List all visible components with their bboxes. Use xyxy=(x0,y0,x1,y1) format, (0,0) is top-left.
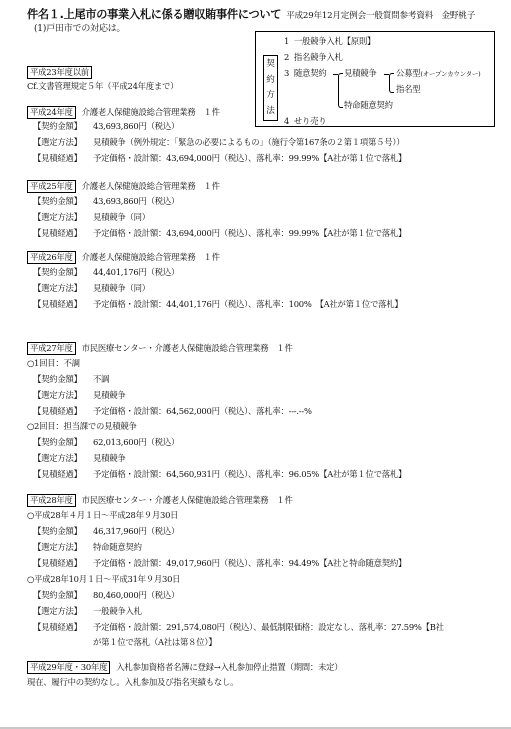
section-h29-heading: 平成29年度・30年度入札参加資格者名簿に登録→入札参加停止措置（期間：未定） xyxy=(27,661,342,674)
field-label: 【見積経過】 xyxy=(33,406,93,417)
h27-r1-amount-row: 【契約金額】不調 xyxy=(33,374,109,385)
method-text: 随意契約 xyxy=(294,68,327,78)
brace-icon xyxy=(389,73,394,93)
h27-r2-method-row: 【選定方法】見積競争 xyxy=(33,453,126,464)
sub-mitsumori: 見積競争 xyxy=(344,68,377,79)
field-value: 見積競争（同） xyxy=(93,283,150,293)
vertical-char: 契 xyxy=(264,57,277,73)
sub-tokumei: 特命随意契約 xyxy=(344,100,393,111)
field-value: 予定価格・設計額：64,562,000円（税込）、落札率：---.--% xyxy=(93,406,312,416)
field-value: 43,693,860円（税込） xyxy=(93,196,179,206)
field-label: 【選定方法】 xyxy=(33,212,93,223)
section-h28-heading: 平成28年度市民医療センター・介護老人保健施設総合管理業務 １件 xyxy=(27,494,293,507)
field-label: 【契約金額】 xyxy=(33,121,93,132)
field-value: 予定価格・設計額：44,401,176円（税込）、落札率：100% 【A社が第１… xyxy=(93,299,403,309)
field-label: 【選定方法】 xyxy=(33,542,93,553)
field-value: 44,401,176円（税込） xyxy=(93,267,179,277)
method-item-3: 3 随意契約 xyxy=(284,68,326,79)
sub-shimei: 指名型 xyxy=(396,84,420,95)
vertical-char: 方 xyxy=(264,88,277,104)
year-label: 平成29年度・30年度 xyxy=(27,661,110,674)
contract-method-diagram: 契 約 方 法 1 一般競争入札【原則】 2 指名競争入札 3 随意契約 見積競… xyxy=(255,31,495,127)
method-text: せり売り xyxy=(294,116,327,126)
field-value: 予定価格・設計額：49,017,960円（税込）、落札率：94.49%【A社と特… xyxy=(93,558,406,568)
field-label: 【契約金額】 xyxy=(33,196,93,207)
h26-amount-row: 【契約金額】44,401,176円（税込） xyxy=(33,267,179,278)
kobo-note: (オープンカウンター) xyxy=(420,70,480,78)
method-num: 1 xyxy=(284,36,289,46)
field-label: 【契約金額】 xyxy=(33,437,93,448)
h24-method-row: 【選定方法】見積競争（例外規定：「緊急の必要によるもの」（施行令第167条の２第… xyxy=(33,137,404,148)
field-label: 【見積経過】 xyxy=(33,622,93,633)
section-title: 市民医療センター・介護老人保健施設総合管理業務 １件 xyxy=(82,343,293,353)
field-value: 見積競争 xyxy=(93,453,126,463)
field-label: 【契約金額】 xyxy=(33,590,93,601)
method-num: 3 xyxy=(284,68,289,78)
year-label: 平成25年度 xyxy=(27,180,76,193)
method-num: 4 xyxy=(284,116,289,126)
h27-round2-heading: ○2回目：担当課での見積競争 xyxy=(27,421,137,432)
method-item-4: 4 せり売り xyxy=(284,116,326,127)
field-value: 予定価格・設計額：43,694,000円（税込）、落札率：99.99%【A社が第… xyxy=(93,153,406,163)
year-label: 平成26年度 xyxy=(27,251,76,264)
h28-period2-heading: ○平成28年10月１日～平成31年９月30日 xyxy=(27,574,180,585)
field-label: 【選定方法】 xyxy=(33,453,93,464)
sub-kobo: 公募型(オープンカウンター) xyxy=(396,68,480,80)
h25-method-row: 【選定方法】見積競争（同） xyxy=(33,212,150,223)
h25-process-row: 【見積経過】予定価格・設計額：43,694,000円（税込）、落札率：99.99… xyxy=(33,228,406,239)
field-label: 【見積経過】 xyxy=(33,469,93,480)
method-text: 指名競争入札 xyxy=(294,52,343,62)
title-text: 件名１.上尾市の事業入札に係る贈収賄事件について xyxy=(27,8,281,21)
field-value: 予定価格・設計額：64,560,931円（税込）、落札率：96.05%【A社が第… xyxy=(93,469,406,479)
kobo-label: 公募型 xyxy=(396,68,420,78)
field-value: 予定価格・設計額：43,694,000円（税込）、落札率：99.99%【A社が第… xyxy=(93,228,406,238)
field-value: 不調 xyxy=(93,374,109,384)
field-label: 【契約金額】 xyxy=(33,374,93,385)
year-label: 平成24年度 xyxy=(27,106,76,119)
field-value: 46,317,960円（税込） xyxy=(93,526,179,536)
section-title: 介護老人保健施設総合管理業務 １件 xyxy=(82,252,220,262)
field-label: 【選定方法】 xyxy=(33,390,93,401)
document-title: 件名１.上尾市の事業入札に係る贈収賄事件について平成29年12月定例会一般質問参… xyxy=(27,6,475,22)
h28-p1-amount-row: 【契約金額】46,317,960円（税込） xyxy=(33,526,179,537)
h26-method-row: 【選定方法】見積競争（同） xyxy=(33,283,150,294)
h27-r2-process-row: 【見積経過】予定価格・設計額：64,560,931円（税込）、落札率：96.05… xyxy=(33,469,406,480)
section-h24-heading: 平成24年度介護老人保健施設総合管理業務 １件 xyxy=(27,106,220,119)
vertical-char: 法 xyxy=(264,104,277,120)
field-label: 【見積経過】 xyxy=(33,558,93,569)
field-value: 43,693,860円（税込） xyxy=(93,121,179,131)
section-h27-heading: 平成27年度市民医療センター・介護老人保健施設総合管理業務 １件 xyxy=(27,342,293,355)
h28-p1-method-row: 【選定方法】特命随意契約 xyxy=(33,542,142,553)
field-value: 見積競争 xyxy=(93,390,126,400)
h25-amount-row: 【契約金額】43,693,860円（税込） xyxy=(33,196,179,207)
field-value: 一般競争入札 xyxy=(93,606,142,616)
field-value: 予定価格・設計額：291,574,080円（税込）、最低制限価格：設定なし、落札… xyxy=(93,622,444,632)
method-text: 一般競争入札【原則】 xyxy=(294,36,375,46)
section-h29-note: 現在、履行中の契約なし。入札参加及び指名実績もなし。 xyxy=(27,677,238,688)
year-label: 平成27年度 xyxy=(27,342,76,355)
field-value: 特命随意契約 xyxy=(93,542,142,552)
field-label: 【契約金額】 xyxy=(33,526,93,537)
method-item-1: 1 一般競争入札【原則】 xyxy=(284,36,375,47)
h28-p1-process-row: 【見積経過】予定価格・設計額：49,017,960円（税込）、落札率：94.49… xyxy=(33,558,406,569)
year-label: 平成23年度以前 xyxy=(27,66,92,79)
section-title: 入札参加資格者名簿に登録→入札参加停止措置（期間：未定） xyxy=(116,662,342,672)
field-label: 【見積経過】 xyxy=(33,299,93,310)
section-title: 介護老人保健施設総合管理業務 １件 xyxy=(82,181,220,191)
brace-icon xyxy=(338,73,343,108)
year-label: 平成28年度 xyxy=(27,494,76,507)
h27-r1-method-row: 【選定方法】見積競争 xyxy=(33,390,126,401)
field-value: 見積競争（例外規定：「緊急の必要によるもの」（施行令第167条の２第１項第５号）… xyxy=(93,137,404,147)
h28-p2-process-cont: が第１位で落札（A社は第８位）】 xyxy=(93,637,216,648)
field-label: 【契約金額】 xyxy=(33,267,93,278)
h27-r1-process-row: 【見積経過】予定価格・設計額：64,562,000円（税込）、落札率：---.-… xyxy=(33,406,312,417)
h24-process-row: 【見積経過】予定価格・設計額：43,694,000円（税込）、落札率：99.99… xyxy=(33,153,406,164)
section-title: 市民医療センター・介護老人保健施設総合管理業務 １件 xyxy=(82,495,293,505)
subtitle: (1)戸田市での対応は。 xyxy=(34,21,125,34)
h28-period1-heading: ○平成28年４月１日～平成28年９月30日 xyxy=(27,510,178,521)
h28-p2-amount-row: 【契約金額】80,460,000円（税込） xyxy=(33,590,179,601)
field-label: 【選定方法】 xyxy=(33,137,93,148)
section-h25-heading: 平成25年度介護老人保健施設総合管理業務 １件 xyxy=(27,180,220,193)
field-label: 【選定方法】 xyxy=(33,606,93,617)
method-num: 2 xyxy=(284,52,289,62)
field-value: 見積競争（同） xyxy=(93,212,150,222)
h24-amount-row: 【契約金額】43,693,860円（税込） xyxy=(33,121,179,132)
vertical-char: 約 xyxy=(264,73,277,89)
field-label: 【見積経過】 xyxy=(33,228,93,239)
section-h23-note: Cf.文書管理規定５年（平成24年度まで） xyxy=(27,81,178,92)
field-value: 62,013,600円（税込） xyxy=(93,437,179,447)
section-h23-heading: 平成23年度以前 xyxy=(27,66,98,79)
field-value: 80,460,000円（税込） xyxy=(93,590,179,600)
vertical-label-box: 契 約 方 法 xyxy=(263,55,278,121)
h28-p2-method-row: 【選定方法】一般競争入札 xyxy=(33,606,142,617)
h26-process-row: 【見積経過】予定価格・設計額：44,401,176円（税込）、落札率：100% … xyxy=(33,299,403,310)
field-label: 【見積経過】 xyxy=(33,153,93,164)
section-title: 介護老人保健施設総合管理業務 １件 xyxy=(82,107,220,117)
section-h26-heading: 平成26年度介護老人保健施設総合管理業務 １件 xyxy=(27,251,220,264)
field-label: 【選定方法】 xyxy=(33,283,93,294)
h28-p2-process-row: 【見積経過】予定価格・設計額：291,574,080円（税込）、最低制限価格：設… xyxy=(33,622,444,633)
title-meta: 平成29年12月定例会一般質問参考資料 金野桃子 xyxy=(286,11,475,21)
h27-round1-heading: ○1回目：不調 xyxy=(27,358,80,369)
h27-r2-amount-row: 【契約金額】62,013,600円（税込） xyxy=(33,437,179,448)
method-item-2: 2 指名競争入札 xyxy=(284,52,343,63)
